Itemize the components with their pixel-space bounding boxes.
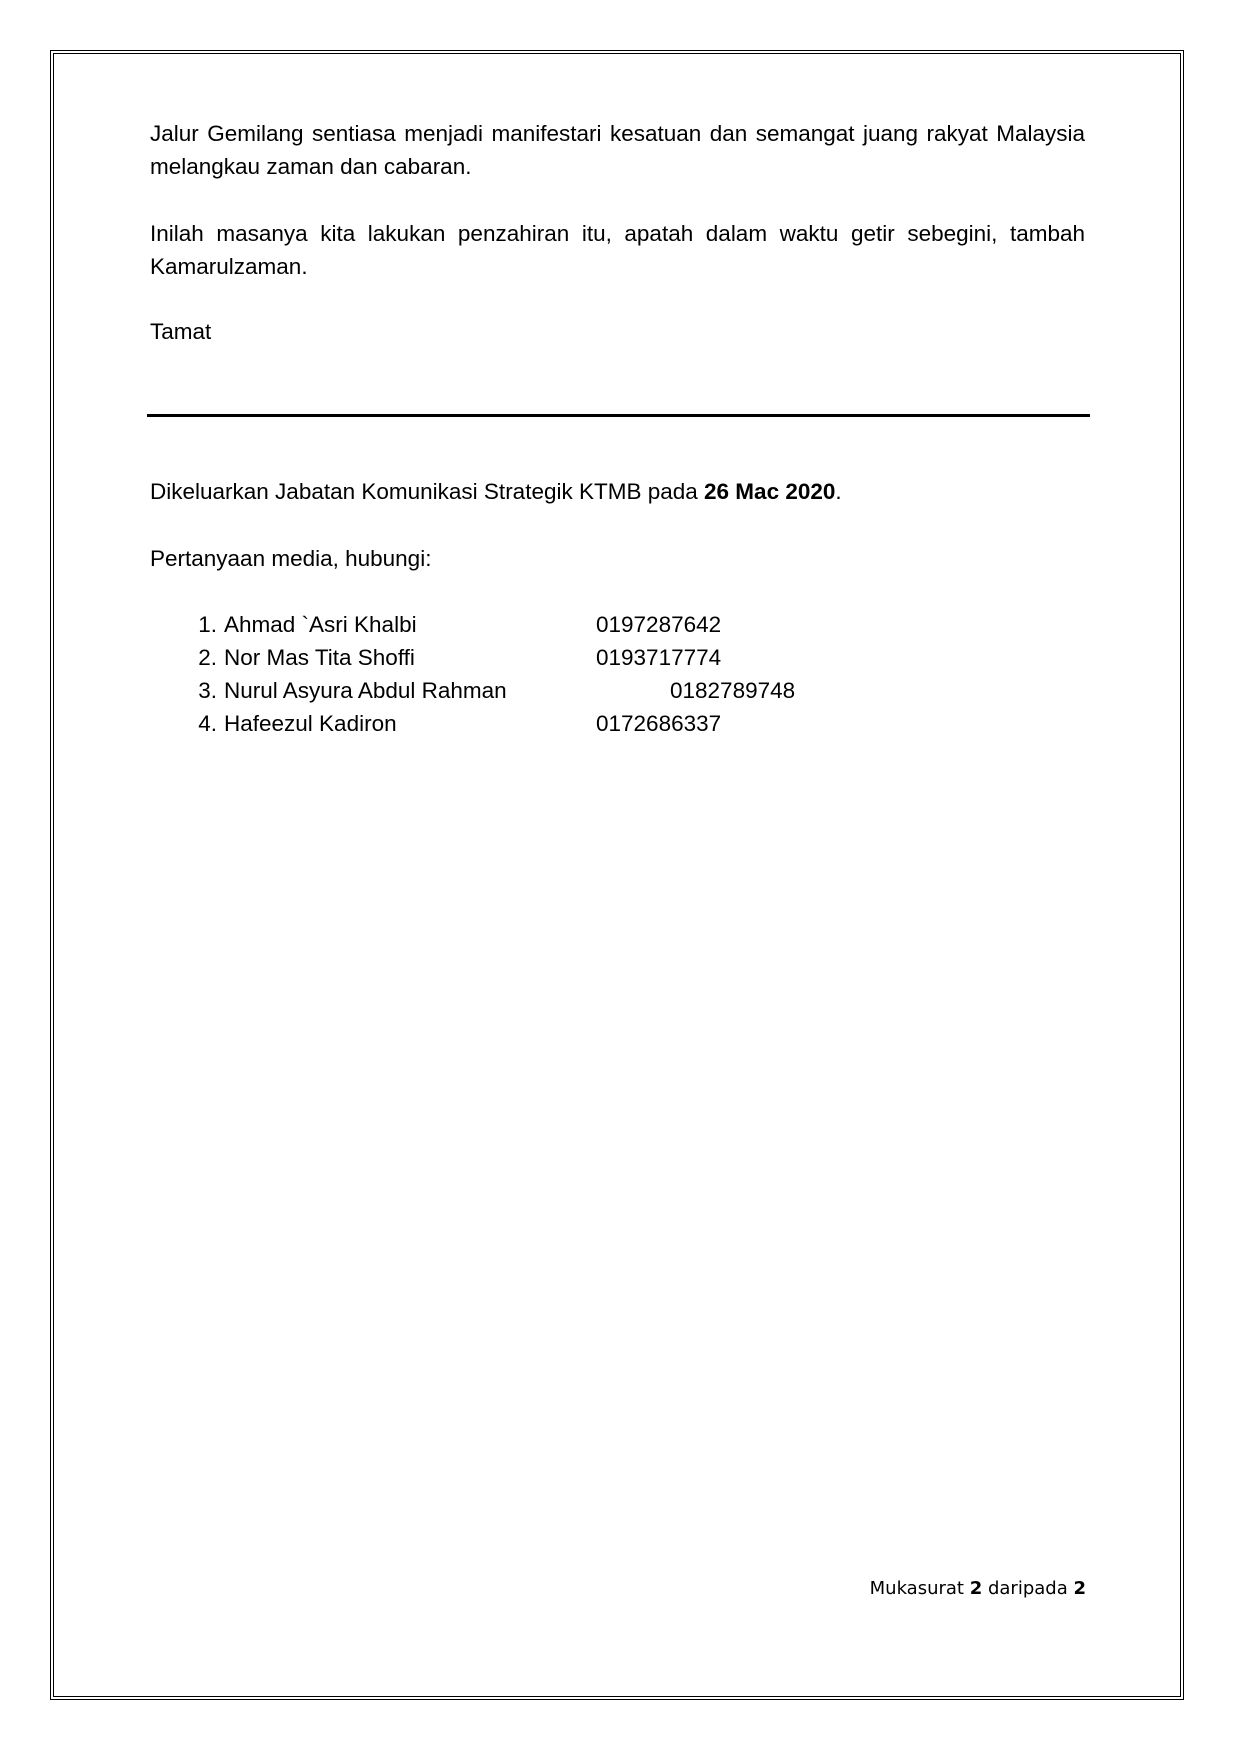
contact-number: 4. (187, 707, 217, 740)
contact-phone: 0172686337 (596, 707, 721, 740)
contact-name: Ahmad `Asri Khalbi (224, 608, 417, 641)
footer-middle: daripada (982, 1578, 1073, 1599)
contact-phone: 0182789748 (670, 674, 795, 707)
end-marker: Tamat (150, 315, 1085, 348)
contact-name: Nurul Asyura Abdul Rahman (224, 674, 507, 707)
current-page: 2 (970, 1578, 983, 1599)
paragraph-jalur-gemilang: Jalur Gemilang sentiasa menjadi manifest… (150, 117, 1085, 183)
contact-phone: 0197287642 (596, 608, 721, 641)
contact-name: Hafeezul Kadiron (224, 707, 397, 740)
contact-number: 3. (187, 674, 217, 707)
total-pages: 2 (1073, 1578, 1086, 1599)
contact-number: 1. (187, 608, 217, 641)
contact-number: 2. (187, 641, 217, 674)
issued-statement: Dikeluarkan Jabatan Komunikasi Strategik… (150, 475, 1085, 508)
contact-name: Nor Mas Tita Shoffi (224, 641, 415, 674)
page-number-footer: Mukasurat 2 daripada 2 (866, 1578, 1086, 1599)
page-border (50, 50, 1184, 1700)
issued-suffix: . (835, 479, 841, 504)
horizontal-divider (147, 414, 1090, 417)
issued-prefix: Dikeluarkan Jabatan Komunikasi Strategik… (150, 479, 704, 504)
contact-phone: 0193717774 (596, 641, 721, 674)
contact-heading: Pertanyaan media, hubungi: (150, 542, 1085, 575)
issued-date: 26 Mac 2020 (704, 479, 835, 504)
paragraph-penzahiran: Inilah masanya kita lakukan penzahiran i… (150, 217, 1085, 283)
footer-prefix: Mukasurat (870, 1578, 970, 1599)
